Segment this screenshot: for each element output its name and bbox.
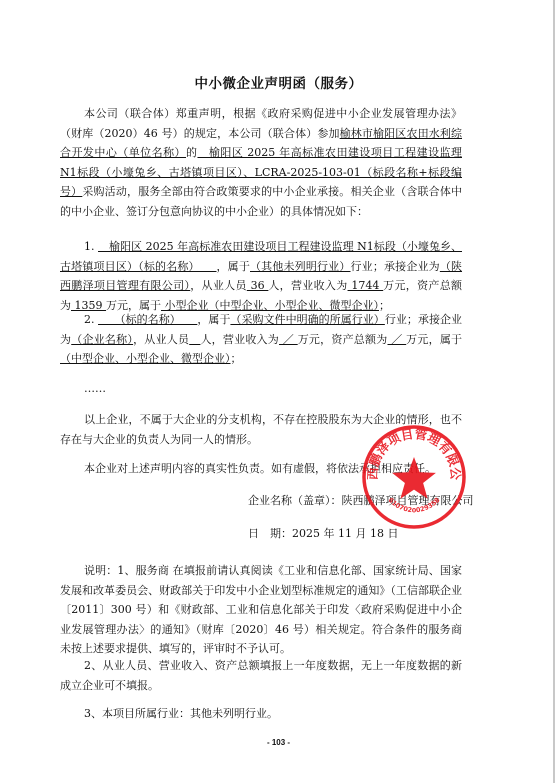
item-industry: （采购文件中明确的所属行业） [230,313,384,326]
document-page: 中小微企业声明函（服务） 本公司（联合体）郑重声明，根据《政府采购促进中小企业发… [0,0,555,783]
company-seal-stamp: 陕西鹏泽项目管理有限公司 6107020029358 [361,424,467,530]
item-text: 万元，资产总额为 [298,333,388,346]
item-text: ，从业人员 [190,279,247,292]
item-text: 行业；承接企业为 [351,260,440,273]
intro-paragraph: 本公司（联合体）郑重声明，根据《政府采购促进中小企业发展管理办法》（财库（202… [60,104,462,221]
item-text: ，属于 [217,260,251,273]
item-text: ； [231,352,242,365]
page-title: 中小微企业声明函（服务） [0,72,557,92]
item-text: 人，营业收入为 [268,279,347,292]
note-2: 2、从业人员、营业收入、资产总额填报上一年度数据，无上一年度数据的新成立企业可不… [60,656,462,695]
intro-text-2: 的 [186,146,197,159]
date-label: 日 期： [248,527,292,540]
page-number: - 103 - [0,738,557,747]
page-edge [553,0,555,783]
item-text: ，从业人员 [133,333,189,346]
signature-label: 企业名称（盖章）： [248,494,342,507]
item-revenue: ／ [279,333,298,346]
enterprise-item-2: 2. （标的名称） ，属于（采购文件中明确的所属行业）行业；承接企业为（企业名称… [60,310,462,369]
ellipsis: …… [60,379,462,399]
stamp-code: 6107020029358 [387,496,442,515]
enterprise-item-1: 1. 榆阳区 2025 年高标准农田建设项目工程建设监理 N1标段（小壕兔乡、古… [60,237,462,315]
item-text: 人，营业收入为 [200,333,279,346]
item-industry: （其他未列明行业） [250,260,351,273]
note-3: 3、本项目所属行业：其他未列明行业。 [60,704,462,723]
item-assets: ／ [387,333,406,346]
item-number: 2. [84,313,95,326]
item-size: （中型企业、小型企业、微型企业） [60,352,231,365]
intro-text-3: 采购活动，服务全部由符合政策要求的中小企业承接。相关企业（含联合体中的中小企业、… [60,185,462,218]
item-text: ，属于 [197,313,230,326]
item-staff [189,333,200,346]
item-company: （企业名称） [71,333,133,346]
item-number: 1. [84,240,95,253]
item-revenue: 1744 [348,279,384,292]
item-staff: 36 [247,279,269,292]
item-subject: （标的名称） [98,313,197,326]
item-text: 万元，属于 [406,333,462,346]
note-1: 说明：1、服务商 在填报前请认真阅读《工业和信息化部、国家统计局、国家发展和改革… [60,561,462,659]
star-icon [392,457,436,499]
